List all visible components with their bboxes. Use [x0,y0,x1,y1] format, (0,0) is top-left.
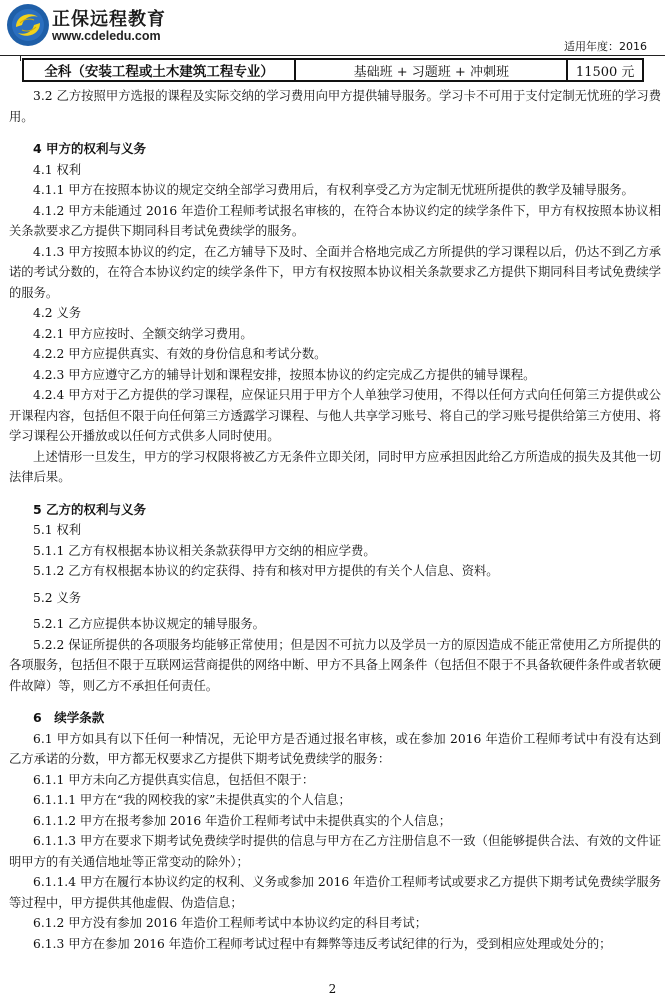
section-6-heading: 6 续学条款 [9,708,661,729]
clause-5-1-2: 5.1.2 乙方有权根据本协议的约定获得、持有和核对甲方提供的有关个人信息、资料… [9,561,661,582]
brand-name: 正保远程教育 [52,5,166,31]
clause-4-2-2: 4.2.2 甲方应提供真实、有效的身份信息和考试分数。 [9,344,661,365]
course-name: 全科（安装工程或土木建筑工程专业） [23,59,295,81]
brand-url: www.cdeledu.com [52,29,161,43]
clause-4-1-2: 4.1.2 甲方未能通过 2016 年造价工程师考试报名审核的，在符合本协议约定… [9,201,661,242]
section-4-heading: 4 甲方的权利与义务 [9,139,661,160]
clause-4-2-4: 4.2.4 甲方对于乙方提供的学习课程，应保证只用于甲方个人单独学习使用，不得以… [9,385,661,447]
course-price: 11500 元 [567,59,643,81]
clause-6-1-1-3: 6.1.1.3 甲方在要求下期考试免费续学时提供的信息与甲方在乙方注册信息不一致… [9,831,661,872]
header-divider-tick [20,55,21,61]
course-row: 全科（安装工程或土木建筑工程专业） 基础班 + 习题班 + 冲刺班 11500 … [23,59,643,81]
clause-6-1-1: 6.1.1 甲方未向乙方提供真实信息，包括但不限于： [9,770,661,791]
applicable-year: 适用年度：2016 [564,38,647,54]
cdeledu-logo-icon [6,3,50,47]
course-table: 全科（安装工程或土木建筑工程专业） 基础班 + 习题班 + 冲刺班 11500 … [22,58,644,82]
clause-3-2: 3.2 乙方按照甲方选报的课程及实际交纳的学习费用向甲方提供辅导服务。学习卡不可… [9,86,661,127]
clause-5-2-1: 5.2.1 乙方应提供本协议规定的辅导服务。 [9,614,661,635]
clause-5-1-1: 5.1.1 乙方有权根据本协议相关条款获得甲方交纳的相应学费。 [9,541,661,562]
clause-6-1-1-2: 6.1.1.2 甲方在报考参加 2016 年造价工程师考试中未提供真实的个人信息… [9,811,661,832]
clause-4-2-3: 4.2.3 甲方应遵守乙方的辅导计划和课程安排，按照本协议的约定完成乙方提供的辅… [9,365,661,386]
header-divider [0,55,665,56]
clause-5-1: 5.1 权利 [9,520,661,541]
clause-4-1: 4.1 权利 [9,160,661,181]
course-classes: 基础班 + 习题班 + 冲刺班 [295,59,567,81]
agreement-body: 3.2 乙方按照甲方选报的课程及实际交纳的学习费用向甲方提供辅导服务。学习卡不可… [9,86,661,954]
clause-4-1-3: 4.1.3 甲方按照本协议的约定，在乙方辅导下及时、全面并合格地完成乙方所提供的… [9,242,661,304]
clause-4-consequence: 上述情形一旦发生，甲方的学习权限将被乙方无条件立即关闭，同时甲方应承担因此给乙方… [9,447,661,488]
clause-6-1-1-4: 6.1.1.4 甲方在履行本协议约定的权利、义务或参加 2016 年造价工程师考… [9,872,661,913]
clause-6-1-3: 6.1.3 甲方在参加 2016 年造价工程师考试过程中有舞弊等违反考试纪律的行… [9,934,661,955]
clause-5-2-2: 5.2.2 保证所提供的各项服务均能够正常使用；但是因不可抗力以及学员一方的原因… [9,635,661,697]
clause-6-1: 6.1 甲方如具有以下任何一种情况，无论甲方是否通过报名审核，或在参加 2016… [9,729,661,770]
clause-4-1-1: 4.1.1 甲方在按照本协议的规定交纳全部学习费用后，有权利享受乙方为定制无忧班… [9,180,661,201]
clause-5-2: 5.2 义务 [9,588,661,609]
clause-4-2: 4.2 义务 [9,303,661,324]
clause-4-2-1: 4.2.1 甲方应按时、全额交纳学习费用。 [9,324,661,345]
page-number: 2 [0,982,665,996]
clause-6-1-1-1: 6.1.1.1 甲方在“我的网校我的家”未提供真实的个人信息； [9,790,661,811]
section-5-heading: 5 乙方的权利与义务 [9,500,661,521]
clause-6-1-2: 6.1.2 甲方没有参加 2016 年造价工程师考试中本协议约定的科目考试； [9,913,661,934]
